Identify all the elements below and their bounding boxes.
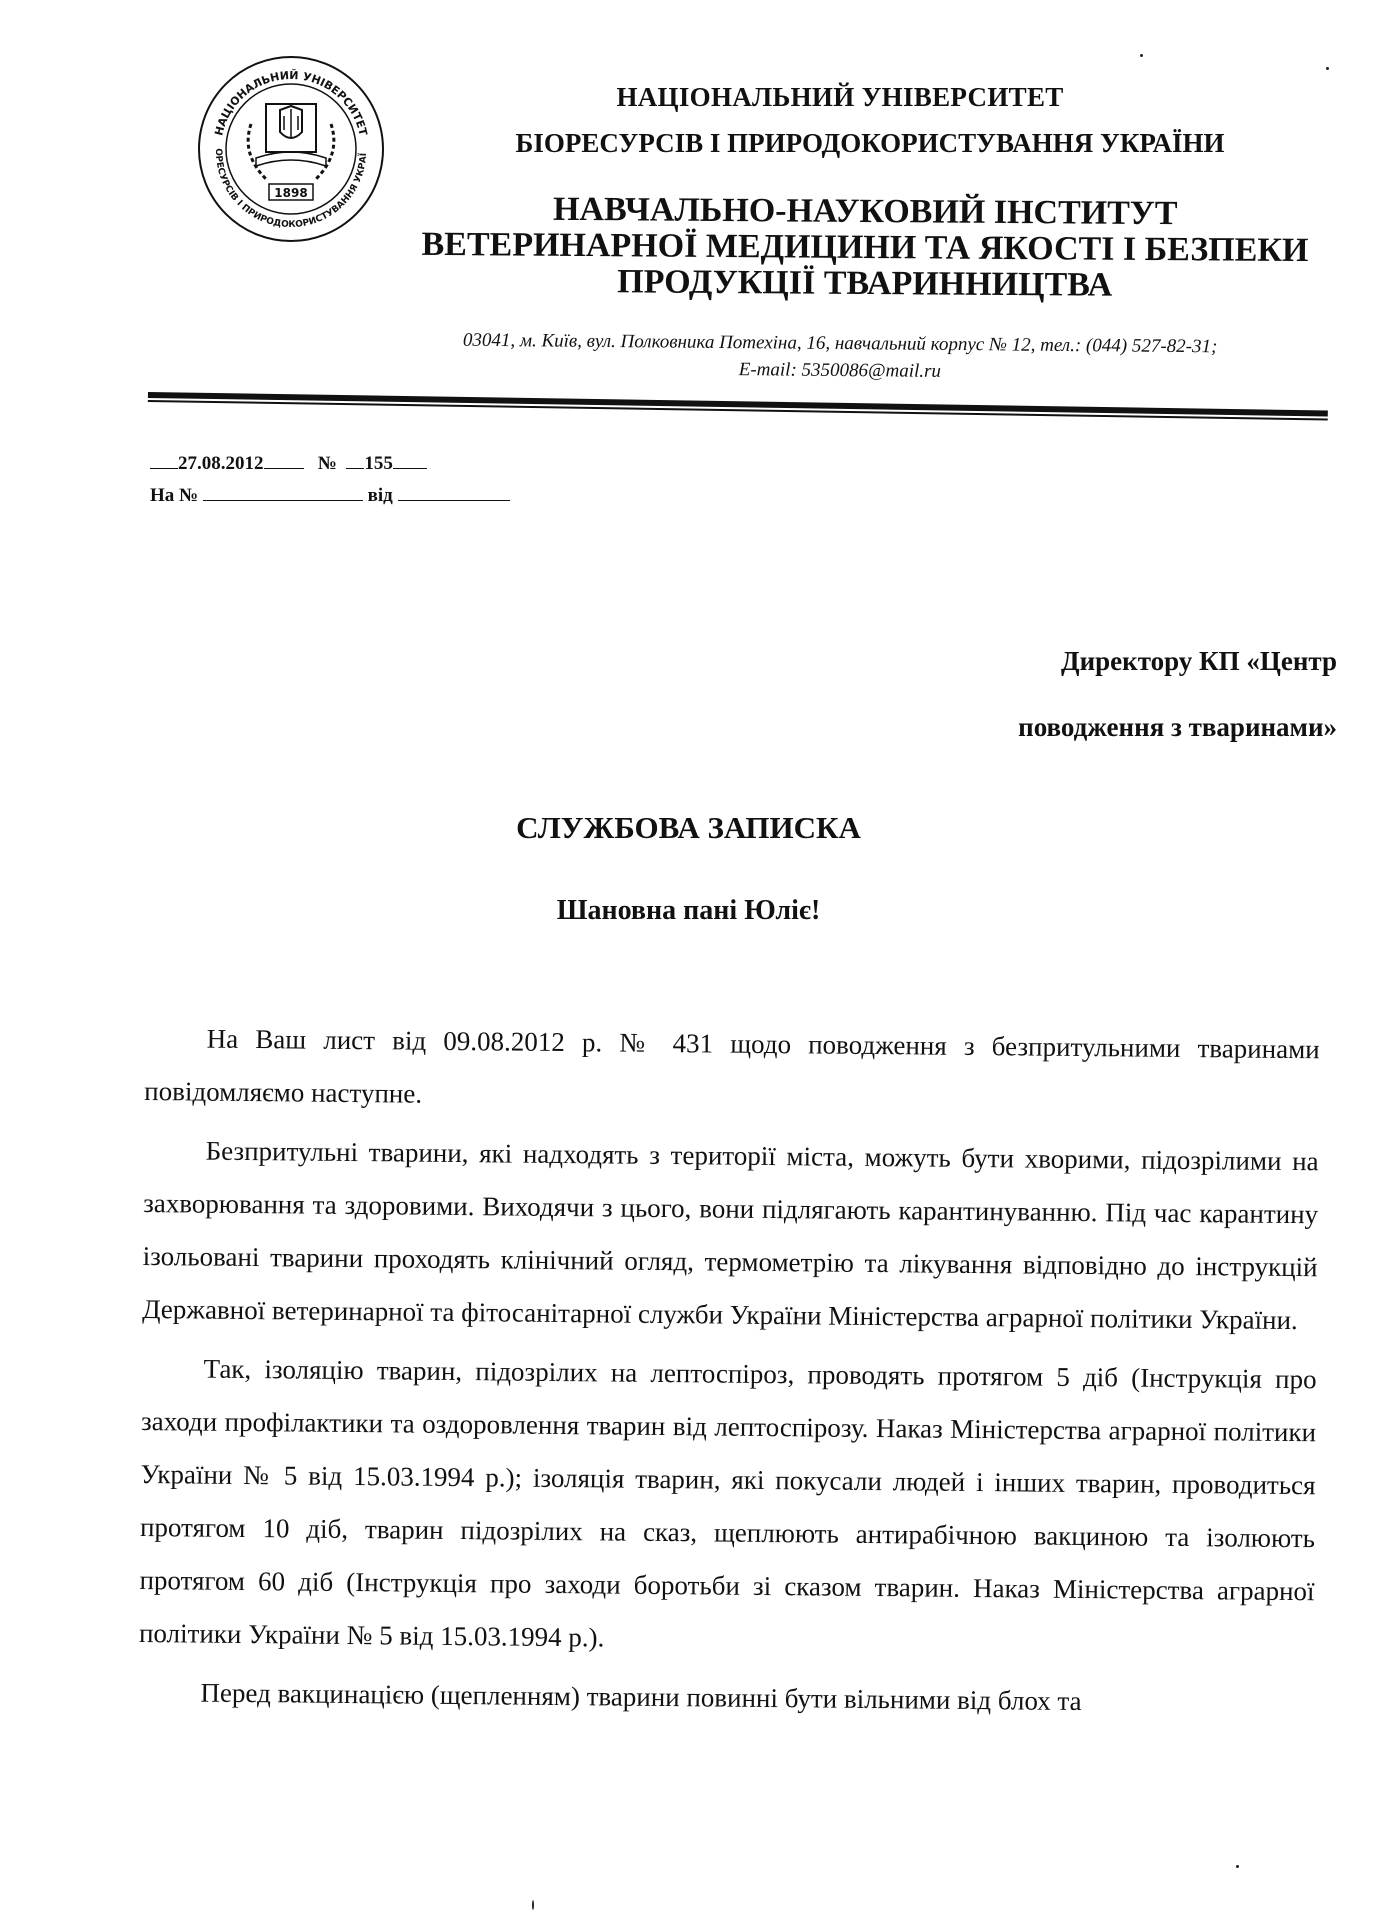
scan-speck: [1326, 67, 1329, 70]
document-title: СЛУЖБОВА ЗАПИСКА: [0, 810, 1377, 846]
paragraph: Безпритульні тварини, які надходять з те…: [142, 1124, 1319, 1347]
institute-name-line3: ПРОДУКЦІЇ ТВАРИННИЦТВА: [360, 262, 1370, 305]
outgoing-reg-line: 27.08.2012 № 155: [150, 448, 510, 480]
letterhead-divider: [147, 392, 1327, 451]
svg-text:1898: 1898: [274, 186, 307, 200]
letter-body: На Ваш лист від 09.08.2012 р. № 431 щодо…: [138, 1012, 1320, 1736]
scan-speck: [1236, 1865, 1239, 1868]
from-date-blank: [398, 482, 510, 501]
from-label: від: [368, 485, 393, 506]
university-name-line2: БІОРЕСУРСІВ І ПРИРОДОКОРИСТУВАННЯ УКРАЇН…: [370, 128, 1370, 159]
paragraph: На Ваш лист від 09.08.2012 р. № 431 щодо…: [144, 1012, 1320, 1129]
institute-name-line2: ВЕТЕРИНАРНОЇ МЕДИЦИНИ ТА ЯКОСТІ І БЕЗПЕК…: [360, 226, 1370, 269]
reply-label: На №: [150, 485, 198, 506]
addressee-line1: Директору КП «Центр: [1018, 628, 1337, 694]
university-name-line1: НАЦІОНАЛЬНИЙ УНІВЕРСИТЕТ: [340, 82, 1340, 113]
paragraph: Перед вакцинацією (щепленням) тварини по…: [138, 1666, 1313, 1730]
addressee-block: Директору КП «Центр поводження з тварина…: [1018, 628, 1337, 760]
registration-block: 27.08.2012 № 155 На № від: [150, 448, 510, 512]
reg-number: 155: [364, 453, 393, 474]
greeting: Шановна пані Юліє!: [0, 895, 1377, 927]
paragraph: Так, ізоляцію тварин, підозрілих на лепт…: [139, 1342, 1317, 1671]
scan-speck: [1140, 54, 1143, 57]
reg-date: 27.08.2012: [178, 453, 264, 474]
reg-number-label: №: [318, 453, 337, 474]
reply-number-blank: [203, 482, 363, 501]
scan-speck: [532, 1900, 534, 1910]
institute-address: 03041, м. Київ, вул. Полковника Потехіна…: [340, 326, 1340, 389]
addressee-line2: поводження з тваринами»: [1018, 694, 1337, 760]
incoming-reg-line: На № від: [150, 480, 510, 512]
institute-name: НАВЧАЛЬНО-НАУКОВИЙ ІНСТИТУТ ВЕТЕРИНАРНОЇ…: [360, 190, 1371, 305]
